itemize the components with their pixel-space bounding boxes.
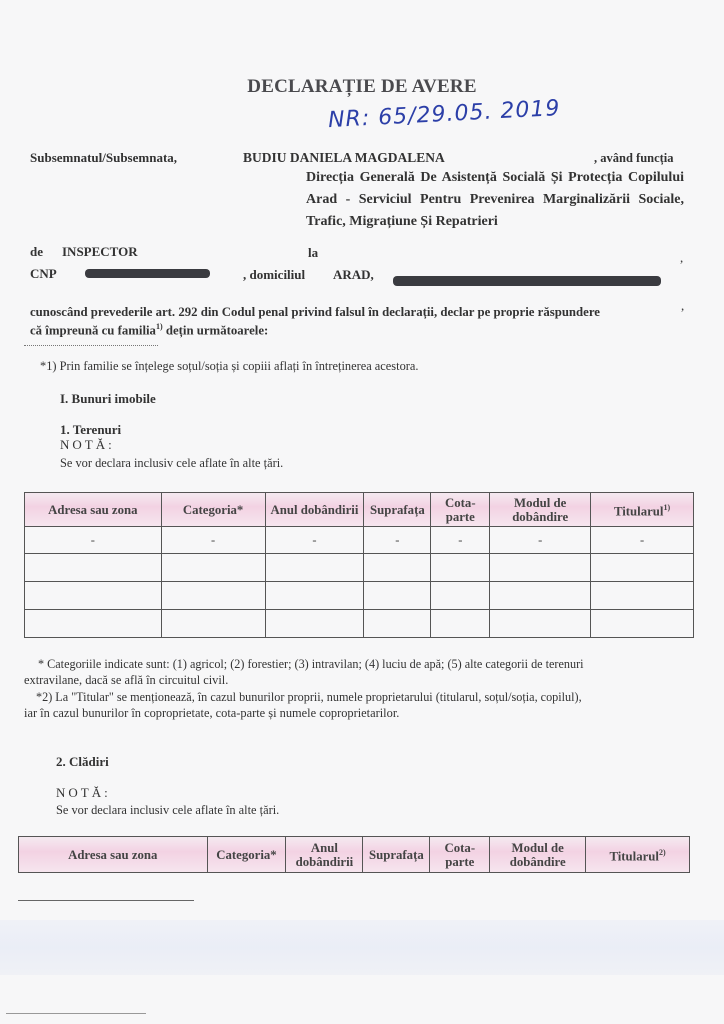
address-redaction (393, 276, 661, 286)
footnote-categories-line1: * Categoriile indicate sunt: (1) agricol… (38, 657, 584, 672)
table-cell (364, 554, 431, 582)
section-immovable-assets: I. Bunuri imobile (60, 391, 156, 407)
table-cell: - (591, 527, 694, 554)
table-cell (591, 582, 694, 610)
header-category: Categoria* (207, 837, 286, 873)
subsection-buildings: 2. Clădiri (56, 754, 109, 770)
note-label-land: NOTĂ: (60, 437, 115, 453)
footnote-rule (18, 900, 194, 901)
table-cell (364, 582, 431, 610)
intro-line-2: că împreună cu familia1) dețin următoare… (30, 322, 268, 338)
table-cell (265, 582, 364, 610)
footnote-ref-1: 1) (156, 322, 163, 331)
table-cell (161, 610, 265, 638)
header-share: Cota-parte (431, 493, 490, 527)
header-owner: Titularul1) (591, 493, 694, 527)
table-cell: - (265, 527, 364, 554)
table-cell (431, 554, 490, 582)
table-cell (431, 610, 490, 638)
footnote-categories-line2: extravilane, dacă se află în circuitul c… (24, 673, 228, 688)
document-title: DECLARAȚIE DE AVERE (0, 76, 724, 98)
header-area: Suprafața (363, 837, 430, 873)
header-address: Adresa sau zona (25, 493, 162, 527)
table-row: - - - - - - - (25, 527, 694, 554)
table-cell (25, 582, 162, 610)
table-cell (25, 554, 162, 582)
table-cell: - (25, 527, 162, 554)
declarant-name: BUDIU DANIELA MAGDALENA (243, 150, 445, 166)
table-cell (591, 610, 694, 638)
position-value: INSPECTOR (62, 244, 138, 260)
land-table-header: Adresa sau zona Categoria* Anul dobândir… (25, 493, 694, 527)
table-cell: - (161, 527, 265, 554)
header-share: Cota-parte (430, 837, 490, 873)
handwritten-registration-number: NR: 65/29.05. 2019 (328, 96, 562, 133)
table-cell (265, 610, 364, 638)
la-label: la (308, 245, 318, 261)
table-row (25, 554, 694, 582)
table-cell (431, 582, 490, 610)
table-cell (265, 554, 364, 582)
declarant-label: Subsemnatul/Subsemnata, (30, 150, 177, 166)
header-year: Anul dobândirii (286, 837, 363, 873)
buildings-table: Adresa sau zona Categoria* Anul dobândir… (18, 836, 690, 873)
domicile-label: , domiciliul (243, 267, 305, 283)
buildings-table-header: Adresa sau zona Categoria* Anul dobândir… (19, 837, 690, 873)
subsection-land: 1. Terenuri (60, 422, 121, 438)
header-area: Suprafața (364, 493, 431, 527)
note-label-buildings: NOTĂ: (56, 785, 111, 801)
table-cell (25, 610, 162, 638)
table-cell (364, 610, 431, 638)
cnp-label: CNP (30, 266, 57, 282)
footnote-family: *1) Prin familie se înțelege soțul/soția… (40, 359, 418, 374)
function-label: , având funcția (594, 151, 674, 166)
scan-artifact-band (0, 920, 724, 975)
domicile-city: ARAD, (333, 267, 374, 283)
table-cell: - (364, 527, 431, 554)
table-cell (591, 554, 694, 582)
table-cell (490, 610, 591, 638)
table-cell (161, 582, 265, 610)
intro-text-a: că împreună cu familia (30, 323, 156, 337)
intro-line-1: cunoscând prevederile art. 292 din Codul… (30, 305, 600, 320)
header-owner: Titularul2) (586, 837, 690, 873)
header-acquisition-mode: Modul de dobândire (490, 493, 591, 527)
intro-text-b: dețin următoarele: (163, 323, 269, 337)
de-label: de (30, 244, 43, 260)
table-cell: - (431, 527, 490, 554)
footnote-separator (24, 345, 158, 346)
header-year: Anul dobândirii (265, 493, 364, 527)
header-category: Categoria* (161, 493, 265, 527)
footnote-titular-line2: iar în cazul bunurilor în coproprietate,… (24, 706, 399, 721)
table-cell (161, 554, 265, 582)
header-acquisition-mode: Modul de dobândire (490, 837, 586, 873)
table-cell: - (490, 527, 591, 554)
table-cell (490, 554, 591, 582)
institution-text: Direcția Generală De Asistență Socială Ș… (306, 167, 684, 233)
table-row (25, 610, 694, 638)
note-text-land: Se vor declara inclusiv cele aflate în a… (60, 456, 283, 471)
cnp-redaction (85, 269, 210, 278)
trailing-comma: , (680, 250, 683, 266)
footnote-titular-line1: *2) La "Titular" se menționează, în cazu… (36, 690, 582, 705)
trailing-comma-2: , (681, 298, 684, 314)
note-text-buildings: Se vor declara inclusiv cele aflate în a… (56, 803, 279, 818)
table-row (25, 582, 694, 610)
table-cell (490, 582, 591, 610)
land-table: Adresa sau zona Categoria* Anul dobândir… (24, 492, 694, 638)
bottom-rule (6, 1013, 146, 1014)
header-address: Adresa sau zona (19, 837, 208, 873)
